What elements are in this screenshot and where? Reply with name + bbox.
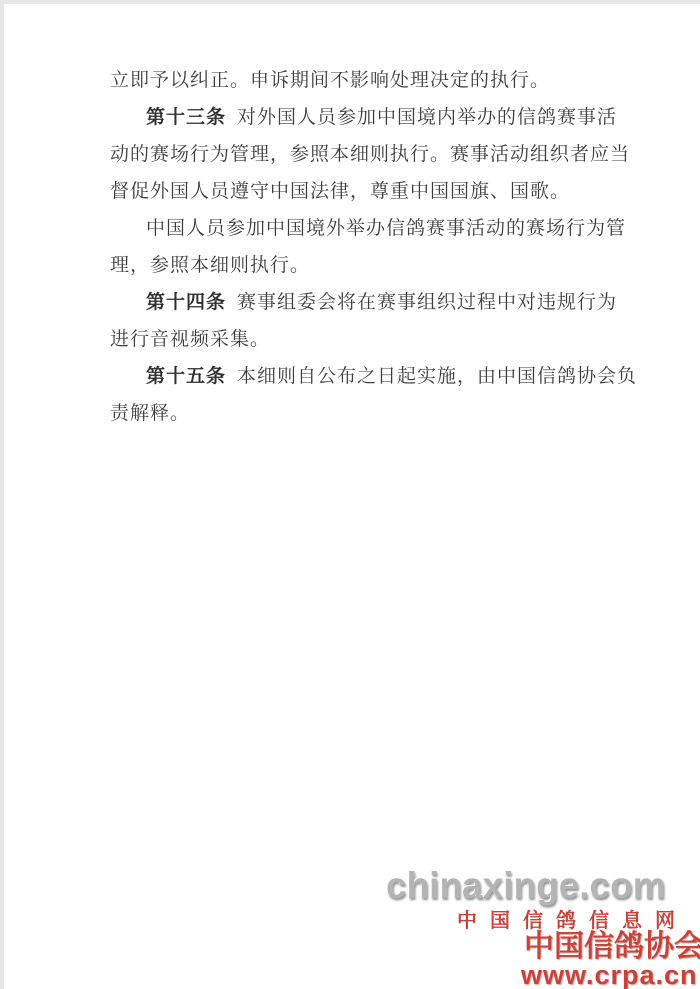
- document-line: 责解释。: [110, 395, 602, 432]
- line-text: 督促外国人员遵守中国法律，尊重中国国旗、国歌。: [110, 181, 570, 202]
- line-text: 责解释。: [110, 403, 190, 424]
- document-line: 立即予以纠正。申诉期间不影响处理决定的执行。: [110, 62, 602, 99]
- line-text: 立即予以纠正。申诉期间不影响处理决定的执行。: [110, 70, 550, 91]
- clause-number: 第十三条: [146, 107, 226, 128]
- watermark-crpa-name: 中国信鸽协会: [524, 930, 700, 964]
- document-line: 督促外国人员遵守中国法律，尊重中国国旗、国歌。: [110, 173, 602, 210]
- line-text: 本细则自公布之日起实施，由中国信鸽协会负: [237, 366, 637, 387]
- document-body: 立即予以纠正。申诉期间不影响处理决定的执行。第十三条对外国人员参加中国境内举办的…: [110, 62, 602, 432]
- line-text: 理，参照本细则执行。: [110, 255, 310, 276]
- line-text: 对外国人员参加中国境内举办的信鸽赛事活: [237, 107, 617, 128]
- document-page: 立即予以纠正。申诉期间不影响处理决定的执行。第十三条对外国人员参加中国境内举办的…: [4, 4, 700, 989]
- line-text: 赛事组委会将在赛事组织过程中对违规行为: [237, 292, 617, 313]
- watermark-chinaxinge-domain: chinaxinge.com: [386, 866, 666, 906]
- document-line: 理，参照本细则执行。: [110, 247, 602, 284]
- line-text: 中国人员参加中国境外举办信鸽赛事活动的赛场行为管: [146, 218, 626, 239]
- clause-number: 第十四条: [146, 292, 226, 313]
- line-text: 动的赛场行为管理，参照本细则执行。赛事活动组织者应当: [110, 144, 630, 165]
- document-line: 第十五条本细则自公布之日起实施，由中国信鸽协会负: [110, 358, 602, 395]
- document-line: 第十四条赛事组委会将在赛事组织过程中对违规行为: [110, 284, 602, 321]
- document-line: 中国人员参加中国境外举办信鸽赛事活动的赛场行为管: [110, 210, 602, 247]
- document-line: 动的赛场行为管理，参照本细则执行。赛事活动组织者应当: [110, 136, 602, 173]
- document-line: 第十三条对外国人员参加中国境内举办的信鸽赛事活: [110, 99, 602, 136]
- watermark-crpa-url: www.crpa.cn: [521, 960, 698, 989]
- clause-number: 第十五条: [146, 366, 226, 387]
- line-text: 进行音视频采集。: [110, 329, 270, 350]
- document-line: 进行音视频采集。: [110, 321, 602, 358]
